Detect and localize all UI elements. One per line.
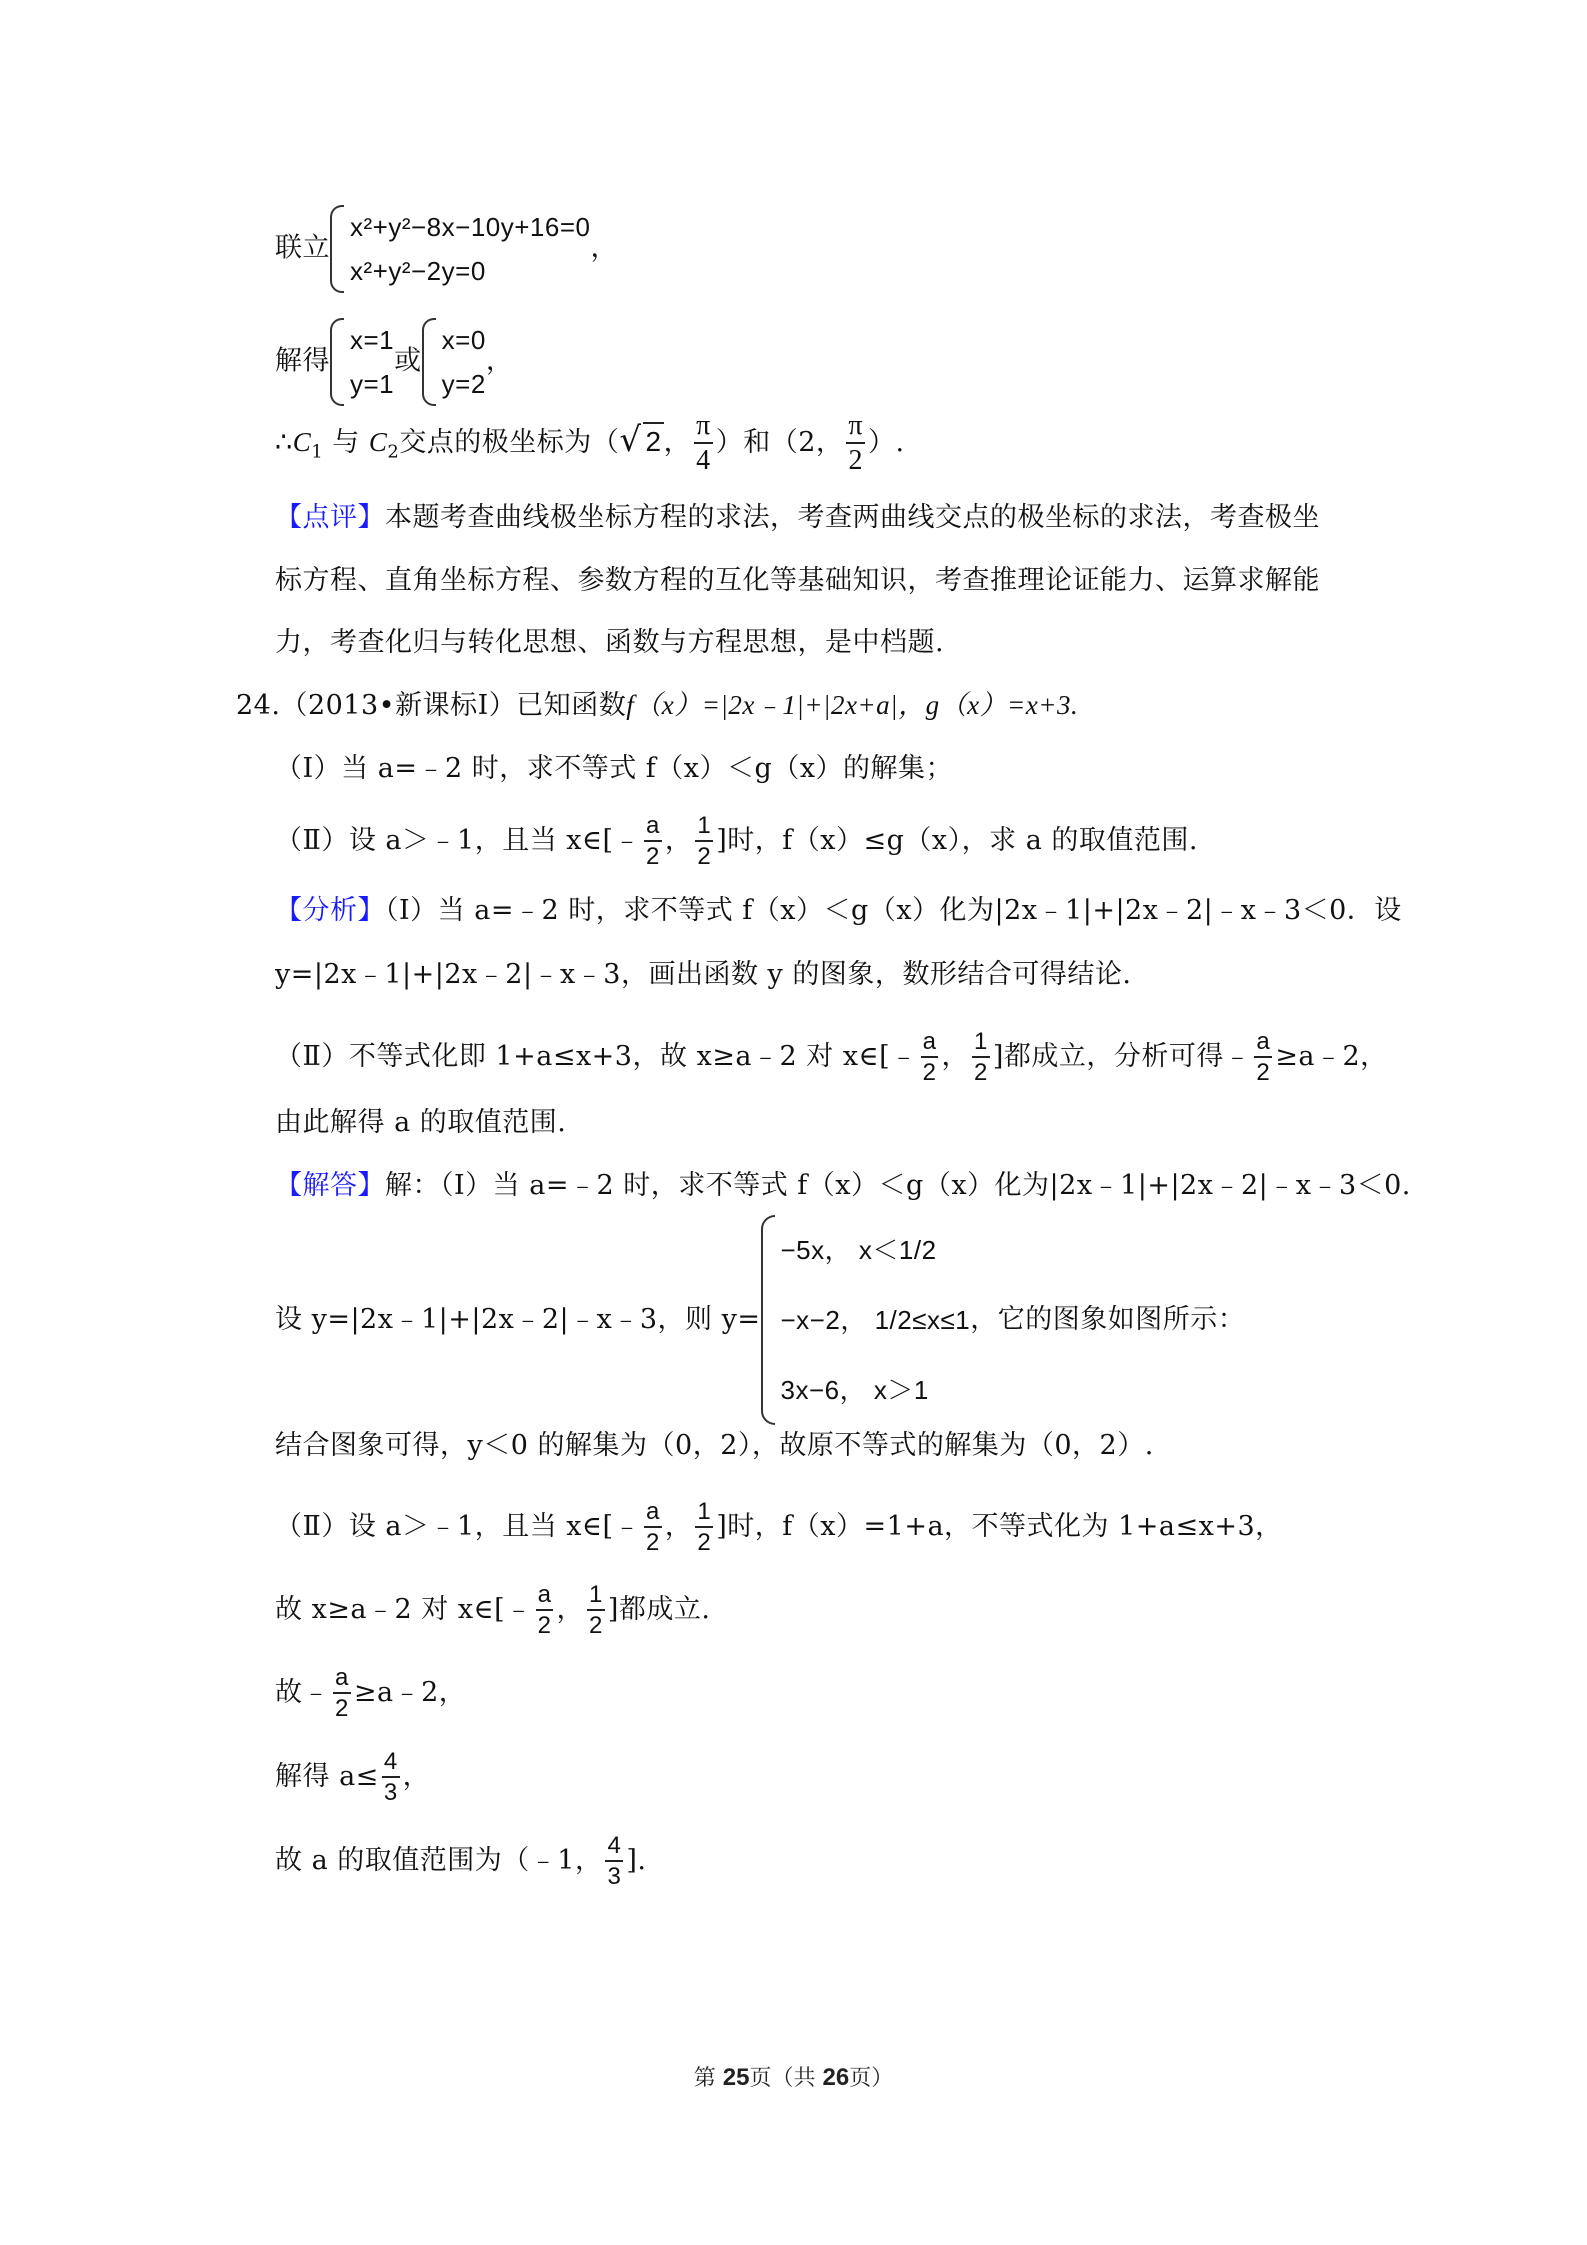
denominator: 2 [697,1528,711,1555]
numerator: a [1254,1030,1272,1058]
equation-row: x=1 [350,318,394,362]
piece-row: 3x−6， x＞1 [781,1355,971,1425]
review-line-2: 标方程、直角坐标方程、参数方程的互化等基础知识，考查推理论证能力、运算求解能 [275,563,1320,599]
text: 第 [694,2066,723,2091]
solution-line-6: 故﹣a2≥a﹣2， [275,1666,466,1721]
text: 解：（Ⅰ）当 a=﹣2 时，求不等式 f（x）＜g（x）化为|2x﹣1|+|2x… [385,1170,1411,1201]
left-brace-icon [330,205,344,293]
label-jiede: 解得 [275,346,330,377]
function-f: f（x）=|2x﹣1|+|2x+a|， [626,690,925,720]
text: 交点的极坐标为（ [399,427,619,458]
punct: ， [591,233,619,264]
text: 故﹣ [275,1677,330,1708]
solution-system-a: x=1y=1 [330,318,394,406]
text: （Ⅱ）设 a＞﹣1，且当 x∈[﹣ [275,1511,641,1542]
polar-conclusion: ∴C1 与 C2交点的极坐标为（√2，π4）和（2，π2）. [275,412,905,475]
denominator: 2 [589,1611,603,1638]
subscript: 2 [387,441,399,462]
punct: ， [556,1594,584,1625]
numerator: 1 [695,814,713,842]
denominator: 4 [696,444,711,475]
equation-row: x²+y²−2y=0 [350,249,591,293]
text: 与 [332,427,360,458]
denominator: 2 [538,1611,552,1638]
denominator: 2 [1256,1058,1270,1085]
solution-line-4: （Ⅱ）设 a＞﹣1，且当 x∈[﹣a2，12]时，f（x）=1+a，不等式化为 … [275,1500,1283,1555]
piece-expr: 3x−6， [781,1372,867,1408]
problem-part-1: （Ⅰ）当 a=﹣2 时，求不等式 f（x）＜g（x）的解集； [275,751,953,787]
numerator: π [846,412,865,444]
text: 故 a 的取值范围为（﹣1， [275,1845,602,1876]
review-line-1: 【点评】本题考查曲线极坐标方程的求法，考查两曲线交点的极坐标的求法，考查极坐 [275,500,1320,536]
curve-c2: C [369,427,388,457]
punct: ， [664,427,692,458]
denominator: 3 [607,1862,621,1889]
text: ，它的图象如图所示： [970,1302,1245,1338]
text: 已知函数 [516,690,626,721]
text: 解得 a≤ [275,1761,379,1792]
problem-statement: 24.（2013•新课标Ⅰ）已知函数f（x）=|2x﹣1|+|2x+a|，g（x… [236,687,1078,724]
piece-expr: −5x， [781,1232,852,1268]
piece-expr: −x−2， [781,1302,867,1338]
review-line-3: 力，考查化归与转化思想、函数与方程思想，是中档题. [275,625,944,661]
text: ]都成立，分析可得﹣ [993,1041,1252,1072]
simultaneous-equations: 联立x²+y²−8x−10y+16=0x²+y²−2y=0， [275,205,618,293]
text: ≥a﹣2， [1275,1041,1387,1072]
fraction-1-over-2: 12 [972,1030,990,1085]
text: 本题考查曲线极坐标方程的求法，考查两曲线交点的极坐标的求法，考查极坐 [385,502,1320,533]
piecewise-system: −5x， x＜1/2 −x−2， 1/2≤x≤1 3x−6， x＞1 [761,1215,971,1425]
denominator: 2 [646,842,660,869]
text: 力，考查化归与转化思想、函数与方程思想，是中档题. [275,627,944,658]
fraction-pi-4: π4 [694,412,713,475]
problem-source: （2013•新课标Ⅰ） [280,690,516,721]
numerator: a [921,1030,939,1058]
denominator: 2 [974,1058,988,1085]
text: 故 x≥a﹣2 对 x∈[﹣ [275,1594,533,1625]
fraction-a-over-2: a2 [921,1030,939,1085]
piece-cond: 1/2≤x≤1 [875,1302,971,1338]
numerator: a [536,1583,554,1611]
piecewise-definition: 设 y=|2x﹣1|+|2x﹣2|﹣x﹣3，则 y= −5x， x＜1/2 −x… [275,1210,1245,1430]
solution-line-8: 故 a 的取值范围为（﹣1，43]. [275,1834,646,1889]
left-brace-icon [761,1215,775,1425]
fraction-a-over-2: a2 [644,1500,662,1555]
subscript: 1 [311,441,323,462]
analysis-line-4: 由此解得 a 的取值范围. [275,1105,566,1141]
equation-row: x=0 [442,318,486,362]
text: ]. [626,1845,646,1876]
text: ]都成立. [608,1594,711,1625]
fraction-4-over-3: 43 [382,1750,400,1805]
punct: ， [941,1041,969,1072]
fraction-pi-2: π2 [846,412,865,475]
numerator: 1 [587,1583,605,1611]
analysis-line-2: y=|2x﹣1|+|2x﹣2|﹣x﹣3，画出函数 y 的图象，数形结合可得结论. [275,957,1131,993]
equation-system: x²+y²−8x−10y+16=0x²+y²−2y=0 [330,205,591,293]
current-page-number: 25 [723,2064,750,2091]
text: ， [403,1761,431,1792]
sqrt-radicand: 2 [643,422,663,460]
solution-tag: 【解答】 [275,1170,385,1201]
numerator: 4 [382,1750,400,1778]
numerator: 1 [972,1030,990,1058]
problem-number: 24. [236,690,280,721]
text: 设 y=|2x﹣1|+|2x﹣2|﹣x﹣3，则 y= [275,1302,761,1338]
fraction-1-over-2: 12 [695,814,713,869]
numerator: a [644,814,662,842]
fraction-a-over-2: a2 [536,1583,554,1638]
text: 页） [849,2066,893,2091]
denominator: 3 [384,1778,398,1805]
analysis-line-1: 【分析】（Ⅰ）当 a=﹣2 时，求不等式 f（x）＜g（x）化为|2x﹣1|+|… [275,893,1402,929]
page-footer: 第 25页（共 26页） [0,2061,1587,2092]
text: 标方程、直角坐标方程、参数方程的互化等基础知识，考查推理论证能力、运算求解能 [275,565,1320,596]
solution-line-7: 解得 a≤43， [275,1750,430,1805]
left-brace-icon [330,318,344,406]
denominator: 2 [923,1058,937,1085]
text: y=|2x﹣1|+|2x﹣2|﹣x﹣3，画出函数 y 的图象，数形结合可得结论. [275,959,1131,990]
text: （Ⅱ）不等式化即 1+a≤x+3，故 x≥a﹣2 对 x∈[﹣ [275,1041,918,1072]
numerator: 4 [605,1834,623,1862]
solution-system-b: x=0y=2 [422,318,486,406]
numerator: π [694,412,713,444]
denominator: 2 [335,1694,349,1721]
text: （Ⅰ）当 a=﹣2 时，求不等式 f（x）＜g（x）化为|2x﹣1|+|2x﹣2… [385,895,1402,926]
text: 由此解得 a 的取值范围. [275,1107,566,1138]
label-or: 或 [394,346,422,377]
analysis-tag: 【分析】 [275,895,385,926]
punct: ， [665,825,693,856]
function-g: g（x）=x+3. [926,690,1079,720]
text: （Ⅰ）当 a=﹣2 时，求不等式 f（x）＜g（x）的解集； [275,753,953,784]
text: 结合图象可得，y＜0 的解集为（0，2），故原不等式的解集为（0，2）. [275,1430,1154,1461]
solution-systems: 解得x=1y=1或x=0y=2， [275,318,513,406]
review-tag: 【点评】 [275,502,385,533]
piece-row: −5x， x＜1/2 [781,1215,971,1285]
piece-cond: x＞1 [874,1372,929,1408]
total-pages-number: 26 [822,2064,849,2091]
solution-line-3: 结合图象可得，y＜0 的解集为（0，2），故原不等式的解集为（0，2）. [275,1428,1154,1464]
numerator: 1 [695,1500,713,1528]
left-brace-icon [422,318,436,406]
piece-cond: x＜1/2 [859,1232,937,1268]
fraction-1-over-2: 12 [587,1583,605,1638]
solution-line-5: 故 x≥a﹣2 对 x∈[﹣a2，12]都成立. [275,1583,710,1638]
solution-line-1: 【解答】解：（Ⅰ）当 a=﹣2 时，求不等式 f（x）＜g（x）化为|2x﹣1|… [275,1168,1411,1204]
text: 页（共 [749,2066,822,2091]
denominator: 2 [646,1528,660,1555]
problem-part-2: （Ⅱ）设 a＞﹣1，且当 x∈[﹣a2，12]时，f（x）≤g（x），求 a 的… [275,814,1198,869]
document-page: 联立x²+y²−8x−10y+16=0x²+y²−2y=0， 解得x=1y=1或… [0,0,1587,2245]
sqrt-icon: √ [619,420,641,460]
denominator: 2 [848,444,863,475]
fraction-4-over-3: 43 [605,1834,623,1889]
fraction-a-over-2: a2 [644,814,662,869]
punct: ， [665,1511,693,1542]
text: ）和（2， [716,427,844,458]
equation-row: y=2 [442,362,486,406]
analysis-line-3: （Ⅱ）不等式化即 1+a≤x+3，故 x≥a﹣2 对 x∈[﹣a2，12]都成立… [275,1030,1388,1085]
piece-row: −x−2， 1/2≤x≤1 [781,1285,971,1355]
punct: ）. [868,427,905,458]
text: ]时，f（x）=1+a，不等式化为 1+a≤x+3， [716,1511,1282,1542]
curve-c1: C [293,427,312,457]
punct: ， [486,346,514,377]
equation-row: x²+y²−8x−10y+16=0 [350,205,591,249]
text: ≥a﹣2， [354,1677,466,1708]
text: ]时，f（x）≤g（x），求 a 的取值范围. [716,825,1198,856]
fraction-1-over-2: 12 [695,1500,713,1555]
label-lianli: 联立 [275,233,330,264]
numerator: a [333,1666,351,1694]
fraction-a-over-2: a2 [1254,1030,1272,1085]
equation-row: y=1 [350,362,394,406]
therefore-icon: ∴ [275,427,293,458]
denominator: 2 [697,842,711,869]
fraction-a-over-2: a2 [333,1666,351,1721]
numerator: a [644,1500,662,1528]
text: （Ⅱ）设 a＞﹣1，且当 x∈[﹣ [275,825,641,856]
